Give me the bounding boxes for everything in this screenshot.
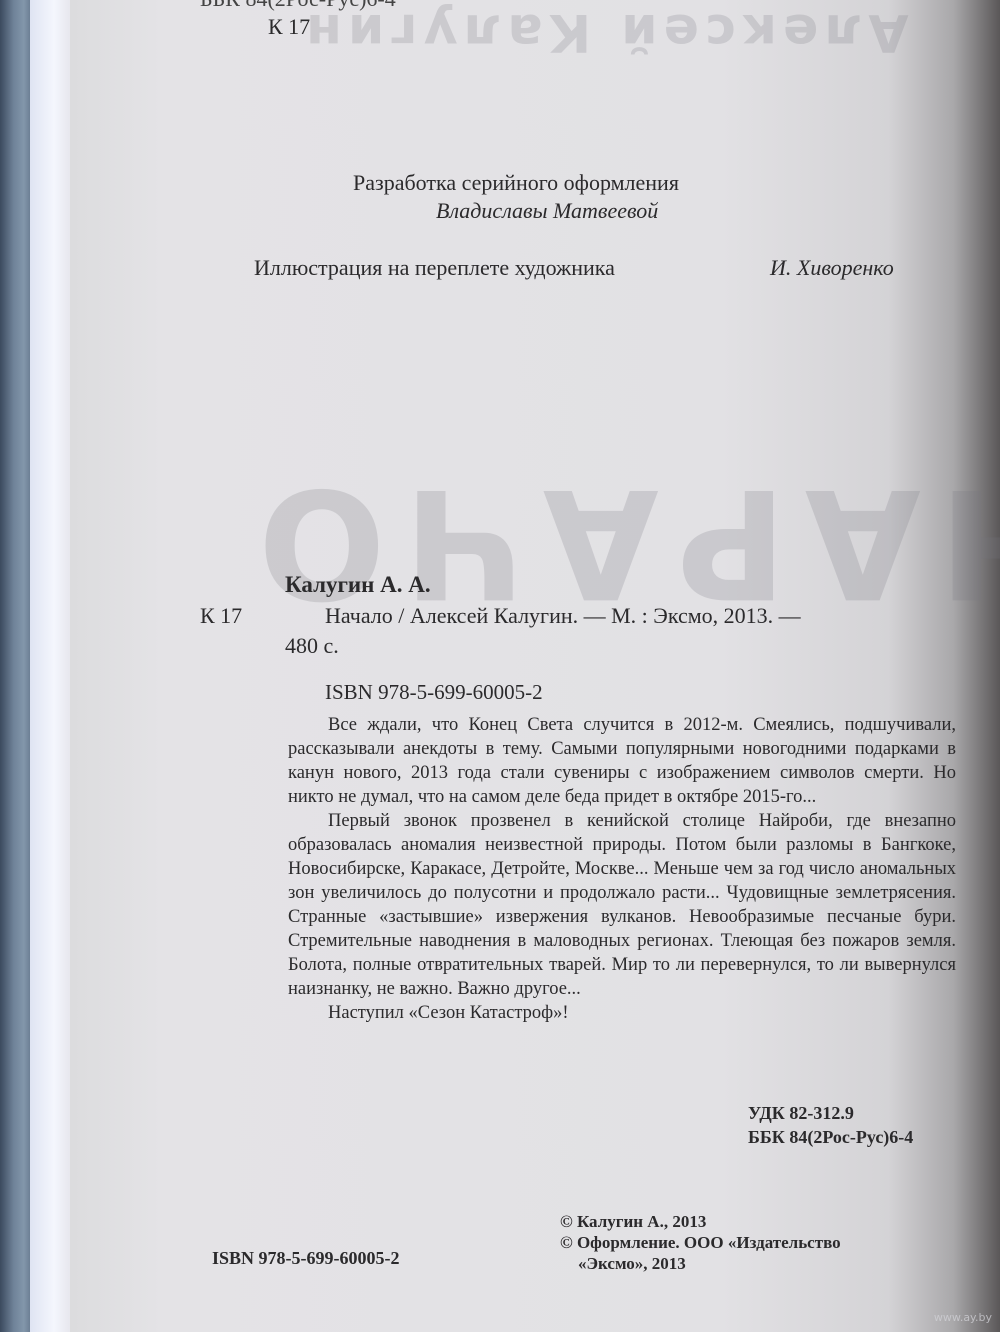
book-cover-edge <box>0 0 34 1332</box>
copyright-author: © Калугин А., 2013 <box>560 1212 706 1232</box>
catalog-isbn: ISBN 978-5-699-60005-2 <box>325 680 543 705</box>
series-design-label: Разработка серийного оформления <box>353 170 679 196</box>
author-mark-top: К 17 <box>268 14 310 40</box>
page-edge <box>30 0 70 1332</box>
copyright-design-cont: «Эксмо», 2013 <box>578 1254 686 1274</box>
illustration-label: Иллюстрация на переплете художника <box>254 255 615 281</box>
annotation: Все ждали, что Конец Света случится в 20… <box>288 713 956 1025</box>
copyright-design: © Оформление. ООО «Издательство <box>560 1233 841 1253</box>
footer-isbn: ISBN 978-5-699-60005-2 <box>212 1248 400 1269</box>
catalog-pages: 480 с. <box>285 633 339 659</box>
illustration-person: И. Хиворенко <box>770 255 894 281</box>
series-design-person: Владиславы Матвеевой <box>436 198 658 224</box>
annotation-paragraph: Все ждали, что Конец Света случится в 20… <box>288 713 956 809</box>
bbk-partial-top: ББК 84(2Рос-Рус)6-4 <box>200 0 396 12</box>
annotation-paragraph: Наступил «Сезон Катастроф»! <box>288 1001 956 1025</box>
watermark: www.ay.by <box>934 1311 992 1324</box>
catalog-description: Начало / Алексей Калугин. — М. : Эксмо, … <box>325 603 801 629</box>
catalog-author-heading: Калугин А. А. <box>285 572 431 598</box>
bbk-code: ББК 84(2Рос-Рус)6-4 <box>748 1127 913 1148</box>
annotation-paragraph: Первый звонок прозвенел в кенийской стол… <box>288 809 956 1001</box>
udk-code: УДК 82-312.9 <box>748 1103 854 1124</box>
catalog-author-mark: К 17 <box>200 603 242 629</box>
